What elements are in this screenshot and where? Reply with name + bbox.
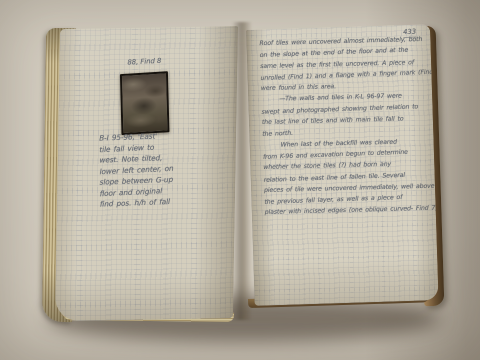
photo-caption: B-I 95-96, 'East' tile fall view to west… (99, 128, 218, 210)
notebook-entry: Roof tiles were uncovered almost immedia… (259, 33, 433, 219)
paragraph: —The walls and tiles in K-L 96-97 were s… (261, 90, 430, 140)
paragraph: Roof tiles were uncovered almost immedia… (259, 33, 429, 95)
handwritten-line: plaster with incised edges (one oblique … (265, 203, 433, 219)
photo-label: 88, Find 8 (127, 57, 161, 67)
left-page: 88, Find 8 B-I 95-96, 'East' tile fall v… (55, 26, 238, 321)
right-page: 433 Roof tiles were uncovered almost imm… (246, 24, 439, 306)
paragraph: When last of the backfill was cleared fr… (262, 135, 432, 219)
photo-backdrop: 88, Find 8 B-I 95-96, 'East' tile fall v… (0, 0, 480, 360)
pasted-photograph (120, 71, 170, 135)
